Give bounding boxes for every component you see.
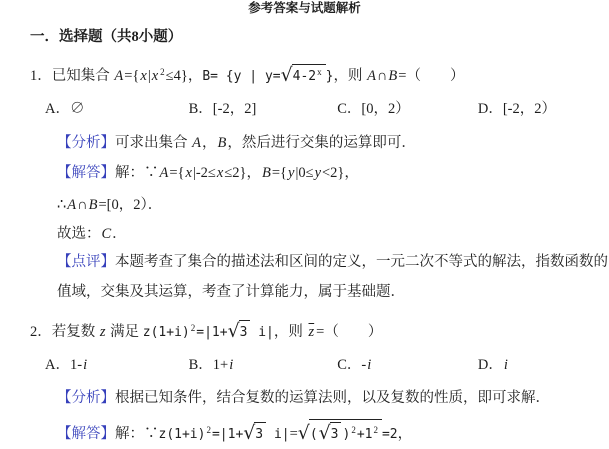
bracket-label: 【分析】 (57, 390, 115, 406)
text-run: A．∅ (45, 101, 84, 117)
radicand: 3 (254, 422, 266, 443)
text-run: ( (310, 427, 318, 442)
text-run: <2}， (322, 165, 359, 181)
sqrt-radical: √3 (319, 422, 342, 443)
radicand: 4-2x (292, 64, 326, 85)
text-run: 2 (372, 425, 379, 435)
question-2-stem: 2．若复数 z 满足 z(1+i)2=|1+√3 i|，则 z=（ ） (30, 320, 382, 341)
text-run: A (191, 135, 202, 151)
question-2-options: A．1-i B．1+i C．-i D．i (45, 356, 509, 374)
text-run: x (185, 165, 193, 181)
text-run: =2 (382, 427, 398, 442)
text-run: 解：∵ (115, 165, 159, 181)
text-run: i (366, 357, 372, 373)
question-1-analysis: 【分析】可求出集合 A，B，然后进行交集的运算即可． (57, 134, 416, 152)
question-2-option-a: A．1-i (45, 356, 185, 374)
text-run: 2 (205, 425, 212, 435)
bracket-label: 【分析】 (57, 135, 115, 151)
text-run: B (88, 197, 99, 213)
text-run: 值域，交集及其运算，考查了计算能力，属于基础题． (57, 284, 405, 300)
text-run: 3 (255, 427, 263, 442)
text-run: i (82, 357, 88, 373)
sqrt-radical: √(√3)2+12 (298, 419, 382, 443)
text-run: y (314, 165, 322, 181)
sqrt-radical: √3 (228, 320, 251, 341)
text-run: ={ (272, 165, 287, 181)
text-run: 2．若复数 (30, 324, 99, 340)
text-run: 根据已知条件，结合复数的运算法则，以及复数的性质，即可求解． (115, 390, 550, 406)
radicand: 3 (330, 422, 342, 443)
text-run: z (99, 324, 107, 340)
sqrt-radical: √3 (243, 422, 266, 443)
page-title: 参考答案与试题解析 (0, 1, 609, 17)
sqrt-radical: √4-2x (281, 64, 326, 85)
text-run: i (503, 357, 509, 373)
question-2-option-d: D．i (478, 356, 509, 374)
text-run: |-2≤ (193, 165, 216, 181)
bracket-label: 【解答】 (57, 426, 115, 442)
text-run: =|1+ (196, 325, 227, 340)
text-run: ≤2}， (224, 165, 261, 181)
section-heading: 一．选择题（共8小题） (30, 28, 182, 46)
text-run: 可求出集合 (115, 135, 191, 151)
question-2-option-c: C．-i (337, 356, 474, 374)
document-page: 参考答案与试题解析 一．选择题（共8小题） 1．已知集合 A={x|x2≤4}，… (0, 0, 609, 449)
text-run: 满足 (107, 324, 143, 340)
text-run: z (307, 324, 317, 340)
text-run: 本题考查了集合的描述法和区间的定义，一元二次不等式的解法，指数函数的 (115, 254, 608, 270)
text-run: 2 (159, 67, 166, 77)
question-1-comment-line1: 【点评】本题考查了集合的描述法和区间的定义，一元二次不等式的解法，指数函数的 (57, 253, 608, 271)
text-run: = (290, 426, 298, 442)
text-run: =|1+ (212, 427, 243, 442)
text-run: B．1+ (189, 357, 229, 373)
text-run: ∩ (377, 68, 387, 84)
question-1-option-d: D．[-2，2） (478, 100, 556, 118)
text-run: i| (266, 427, 289, 442)
question-2-analysis: 【分析】根据已知条件，结合复数的运算法则，以及复数的性质，即可求解． (57, 389, 550, 407)
text-run: A (366, 68, 377, 84)
text-run: D． (478, 357, 503, 373)
text-run: 3 (240, 325, 248, 340)
question-2-solution: 【解答】解：∵z(1+i)2=|1+√3 i|=√(√3)2+12=2， (57, 419, 412, 443)
text-run: x (316, 67, 323, 77)
question-2-option-b: B．1+i (189, 356, 334, 374)
text-run: |0≤ (295, 165, 313, 181)
text-run: 4-2 (293, 69, 316, 84)
text-run: x (139, 68, 147, 84)
text-run: ． (112, 226, 127, 242)
text-run: ， (398, 426, 413, 442)
text-run: A (113, 68, 124, 84)
text-run: 2 (190, 323, 197, 333)
question-1-conclusion: ∴A∩B=[0，2）． (57, 196, 162, 214)
text-run: ，则 (274, 324, 307, 340)
text-run: A (66, 197, 77, 213)
text-run: 2 (350, 425, 357, 435)
text-run: ={ (169, 165, 184, 181)
text-run: 3 (331, 427, 339, 442)
question-1-options: A．∅ B．[-2，2] C．[0，2） D．[-2，2） (45, 100, 556, 118)
text-run: C．- (337, 357, 366, 373)
bracket-label: 【点评】 (57, 254, 115, 270)
question-1-option-a: A．∅ (45, 100, 185, 118)
text-run: B= {y | y= (202, 69, 280, 84)
question-1-answer-choice: 故选：C． (57, 225, 127, 243)
text-run: 故选： (57, 226, 101, 242)
question-1-solution: 【解答】解：∵A={x|-2≤x≤2}，B={y|0≤y<2}， (57, 164, 359, 182)
text-run: z(1+i) (159, 427, 206, 442)
text-run: C (101, 226, 113, 242)
text-run: 1．已知集合 (30, 68, 113, 84)
text-run: i (228, 357, 234, 373)
text-run: ， (202, 135, 217, 151)
text-run: =（ ） (398, 68, 464, 84)
text-run: x (151, 68, 159, 84)
text-run: ∩ (77, 197, 87, 213)
text-run: =（ ） (316, 324, 382, 340)
radicand: (√3)2+12 (309, 419, 382, 443)
radicand: 3 (239, 320, 251, 341)
text-run: +1 (357, 427, 373, 442)
text-run: ≤4}， (166, 68, 203, 84)
text-run: C．[0，2） (337, 101, 410, 117)
text-run: B (216, 135, 227, 151)
bracket-label: 【解答】 (57, 165, 115, 181)
text-run: A．1- (45, 357, 82, 373)
text-run: ∴ (57, 197, 66, 213)
text-run: B (261, 165, 272, 181)
text-run: 解：∵ (115, 426, 159, 442)
question-1-option-b: B．[-2，2] (189, 100, 334, 118)
text-run: D．[-2，2） (478, 101, 556, 117)
question-1-stem: 1．已知集合 A={x|x2≤4}，B= {y | y=√4-2x}，则 A∩B… (30, 64, 464, 85)
text-run: B．[-2，2] (189, 101, 257, 117)
text-run: A (159, 165, 170, 181)
text-run: =[0，2）． (98, 197, 162, 213)
question-1-option-c: C．[0，2） (337, 100, 474, 118)
text-run: B (387, 68, 398, 84)
text-run: z(1+i) (143, 325, 190, 340)
text-run: ={ (124, 68, 139, 84)
question-1-comment-line2: 值域，交集及其运算，考查了计算能力，属于基础题． (57, 283, 405, 301)
text-run: i| (250, 325, 273, 340)
text-run: ，则 (333, 68, 366, 84)
text-run: ，然后进行交集的运算即可． (227, 135, 416, 151)
